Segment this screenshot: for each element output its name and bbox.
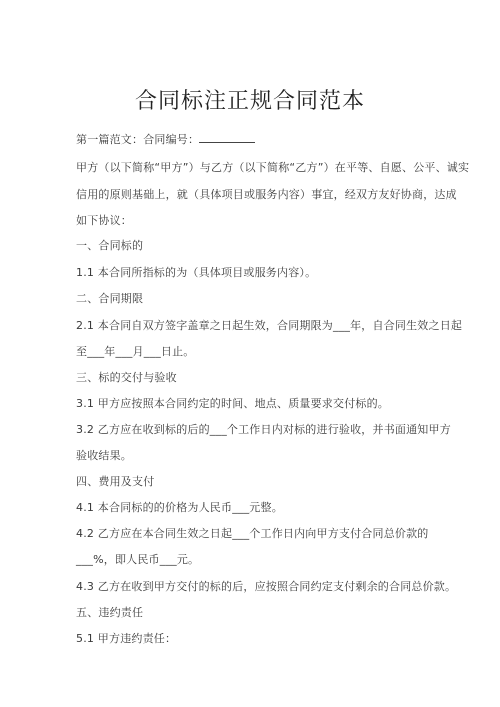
clause-line: 2.1 本合同自双方签字盖章之日起生效，合同期限为___年，自合同生效之日起	[76, 317, 462, 333]
document-title: 合同标注正规合同范本	[0, 84, 500, 115]
clause-line: 3.1 甲方应按照本合同约定的时间、地点、质量要求交付标的。	[76, 395, 389, 411]
section-heading: 三、标的交付与验收	[76, 369, 177, 385]
section-heading: 一、合同标的	[76, 237, 143, 253]
clause-line: 4.2 乙方应在本合同生效之日起___个工作日内向甲方支付合同总价款的	[76, 525, 429, 541]
clause-line: 5.1 甲方违约责任：	[76, 630, 176, 646]
clause-line: 4.1 本合同标的的价格为人民币___元整。	[76, 499, 283, 515]
paragraph-line: 如下协议：	[76, 212, 132, 228]
contract-number-line: 第一篇范文：合同编号：	[76, 131, 255, 147]
clause-line: ___%，即人民币___元。	[76, 551, 199, 567]
section-heading: 二、合同期限	[76, 290, 143, 306]
contract-number-blank	[199, 132, 255, 143]
paragraph-line: 信用的原则基础上，就（具体项目或服务内容）事宜，经双方友好协商，达成	[76, 186, 457, 202]
section-heading: 四、费用及支付	[76, 473, 154, 489]
contract-number-label: 第一篇范文：合同编号：	[76, 133, 199, 146]
clause-line: 至___年___月___日止。	[76, 343, 195, 359]
clause-line: 3.2 乙方应在收到标的后的___个工作日内对标的进行验收，并书面通知甲方	[76, 421, 451, 437]
paragraph-line: 甲方（以下简称“甲方”）与乙方（以下简称“乙方”）在平等、自愿、公平、诚实	[76, 159, 469, 175]
clause-line: 1.1 本合同所指标的为（具体项目或服务内容）。	[76, 264, 316, 280]
clause-line: 验收结果。	[76, 447, 132, 463]
section-heading: 五、违约责任	[76, 604, 143, 620]
clause-line: 4.3 乙方在收到甲方交付的标的后，应按照合同约定支付剩余的合同总价款。	[76, 578, 456, 594]
